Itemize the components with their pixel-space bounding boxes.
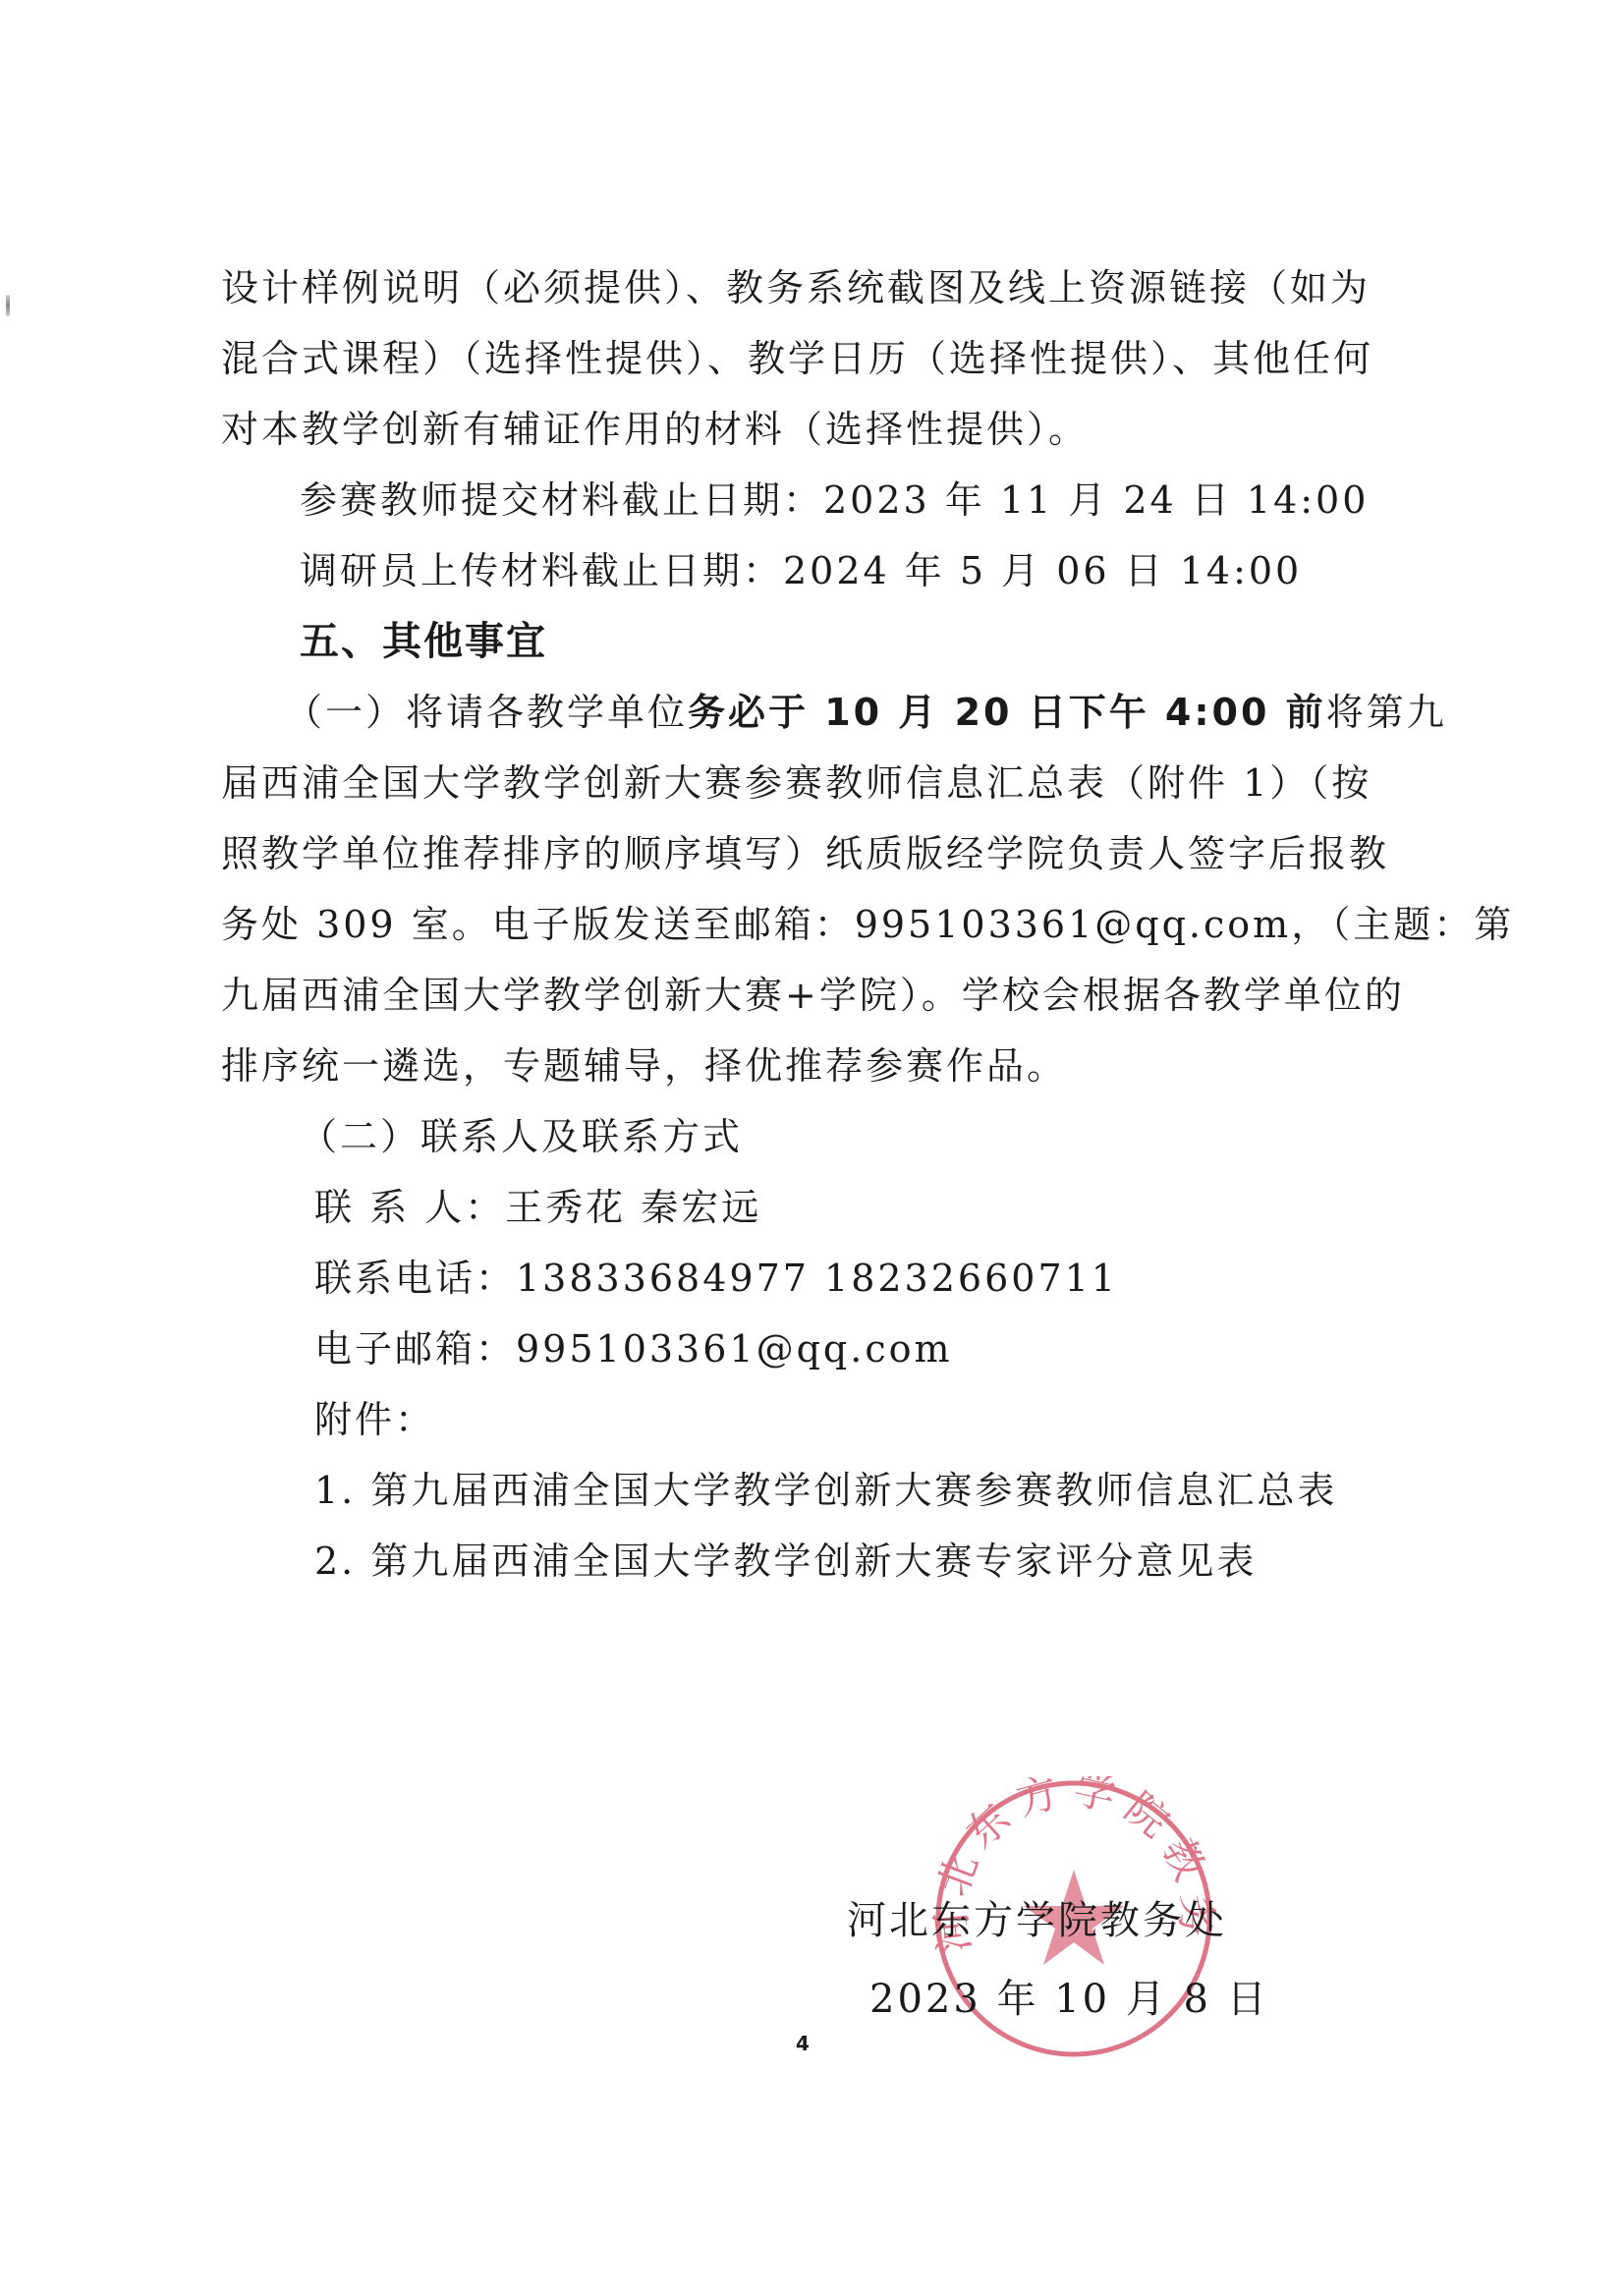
contact-person: 联 系 人：王秀花 秦宏远 [314, 1183, 761, 1232]
researcher-deadline: 调研员上传材料截止日期：2024 年 5 月 06 日 14:00 [300, 546, 1302, 595]
signature-organization: 河北东方学院教务处 [847, 1896, 1227, 1945]
item-one-line-2: 届西浦全国大学教学创新大赛参赛教师信息汇总表（附件 1）（按 [221, 758, 1372, 808]
attachments-label: 附件： [314, 1395, 435, 1444]
body-line-2: 混合式课程）（选择性提供）、教学日历（选择性提供）、其他任何 [221, 334, 1373, 383]
item-one-deadline-emphasis: 务必于 10 月 20 日下午 4:00 前 [688, 691, 1326, 734]
attachment-item-1: 1. 第九届西浦全国大学教学创新大赛参赛教师信息汇总表 [314, 1466, 1337, 1515]
contact-phone: 联系电话：13833684977 18232660711 [314, 1254, 1118, 1303]
item-one-line-3: 照教学单位推荐排序的顺序填写）纸质版经学院负责人签字后报教 [221, 829, 1389, 878]
body-line-3: 对本教学创新有辅证作用的材料（选择性提供）。 [221, 405, 1089, 454]
item-one-line-6: 排序统一遴选，专题辅导，择优推荐参赛作品。 [221, 1041, 1067, 1091]
signature-date: 2023 年 10 月 8 日 [869, 1975, 1269, 2024]
item-one-prefix: （一）将请各教学单位 [285, 691, 688, 734]
page-number: 4 [796, 2032, 810, 2055]
item-two-heading: （二）联系人及联系方式 [300, 1112, 743, 1161]
contact-email: 电子邮箱：995103361@qq.com [314, 1324, 953, 1373]
item-one-line-5: 九届西浦全国大学教学创新大赛+学院）。学校会根据各教学单位的 [221, 971, 1405, 1020]
item-one-line-4: 务处 309 室。电子版发送至邮箱：995103361@qq.com，（主题：第 [221, 900, 1514, 949]
item-one-first-line: （一）将请各教学单位务必于 10 月 20 日下午 4:00 前将第九 [285, 688, 1447, 737]
attachment-item-2: 2. 第九届西浦全国大学教学创新大赛专家评分意见表 [314, 1537, 1257, 1586]
scan-artifact [6, 295, 10, 316]
section-five-heading: 五、其他事宜 [300, 617, 547, 666]
body-line-1: 设计样例说明（必须提供）、教务系统截图及线上资源链接（如为 [221, 263, 1371, 312]
teacher-deadline: 参赛教师提交材料截止日期：2023 年 11 月 24 日 14:00 [300, 476, 1369, 525]
item-one-suffix: 将第九 [1326, 691, 1447, 734]
document-page: 设计样例说明（必须提供）、教务系统截图及线上资源链接（如为 混合式课程）（选择性… [0, 0, 1624, 2295]
